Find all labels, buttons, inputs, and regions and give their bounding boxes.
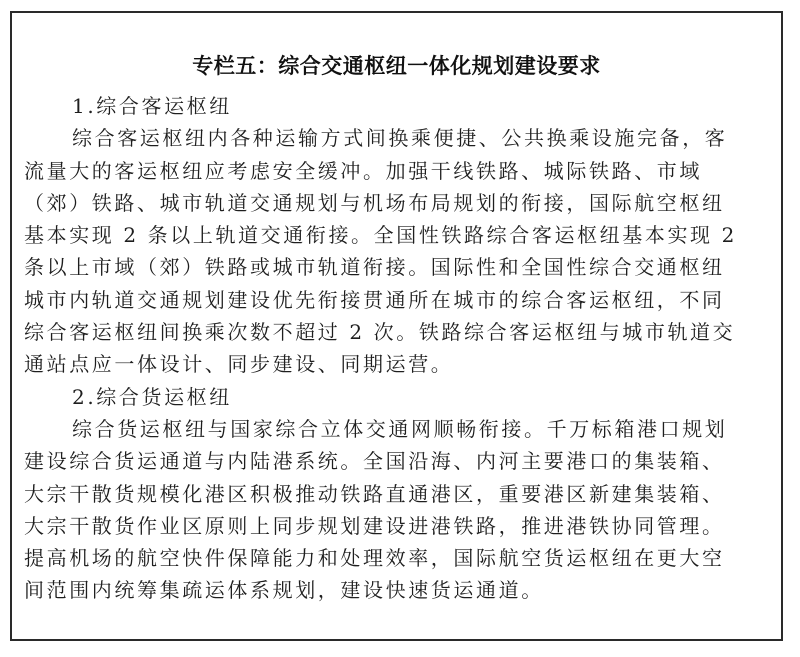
paragraph-line: 基本实现 2 条以上轨道交通衔接。全国性铁路综合客运枢纽基本实现 2 xyxy=(24,219,772,251)
section-heading-passenger-hub: 1.综合客运枢纽 xyxy=(24,90,772,122)
paragraph-line: （郊）铁路、城市轨道交通规划与机场布局规划的衔接，国际航空枢纽 xyxy=(24,187,772,219)
paragraph-line: 大宗干散货作业区原则上同步规划建设进港铁路，推进港铁协同管理。 xyxy=(24,510,772,542)
paragraph-line: 综合客运枢纽间换乘次数不超过 2 次。铁路综合客运枢纽与城市轨道交 xyxy=(24,316,772,348)
paragraph-line: 条以上市域（郊）铁路或城市轨道衔接。国际性和全国性综合交通枢纽 xyxy=(24,251,772,283)
paragraph-line: 综合货运枢纽与国家综合立体交通网顺畅衔接。千万标箱港口规划 xyxy=(24,413,772,445)
paragraph-line: 提高机场的航空快件保障能力和处理效率，国际航空货运枢纽在更大空 xyxy=(24,542,772,574)
box-title: 专栏五：综合交通枢纽一体化规划建设要求 xyxy=(12,50,781,80)
paragraph-line: 通站点应一体设计、同步建设、同期运营。 xyxy=(24,348,772,380)
paragraph-line: 建设综合货运通道与内陆港系统。全国沿海、内河主要港口的集装箱、 xyxy=(24,445,772,477)
paragraph-line: 大宗干散货规模化港区积极推动铁路直通港区，重要港区新建集装箱、 xyxy=(24,478,772,510)
section-heading-freight-hub: 2.综合货运枢纽 xyxy=(24,381,772,413)
paragraph-line: 间范围内统筹集疏运体系规划，建设快速货运通道。 xyxy=(24,574,772,606)
paragraph-line: 综合客运枢纽内各种运输方式间换乘便捷、公共换乘设施完备，客 xyxy=(24,122,772,154)
box-content: 1.综合客运枢纽 综合客运枢纽内各种运输方式间换乘便捷、公共换乘设施完备，客 流… xyxy=(24,90,772,607)
paragraph-line: 城市内轨道交通规划建设优先衔接贯通所在城市的综合客运枢纽，不同 xyxy=(24,284,772,316)
sidebar-box-column-five: 专栏五：综合交通枢纽一体化规划建设要求 1.综合客运枢纽 综合客运枢纽内各种运输… xyxy=(10,11,783,641)
paragraph-line: 流量大的客运枢纽应考虑安全缓冲。加强干线铁路、城际铁路、市域 xyxy=(24,155,772,187)
